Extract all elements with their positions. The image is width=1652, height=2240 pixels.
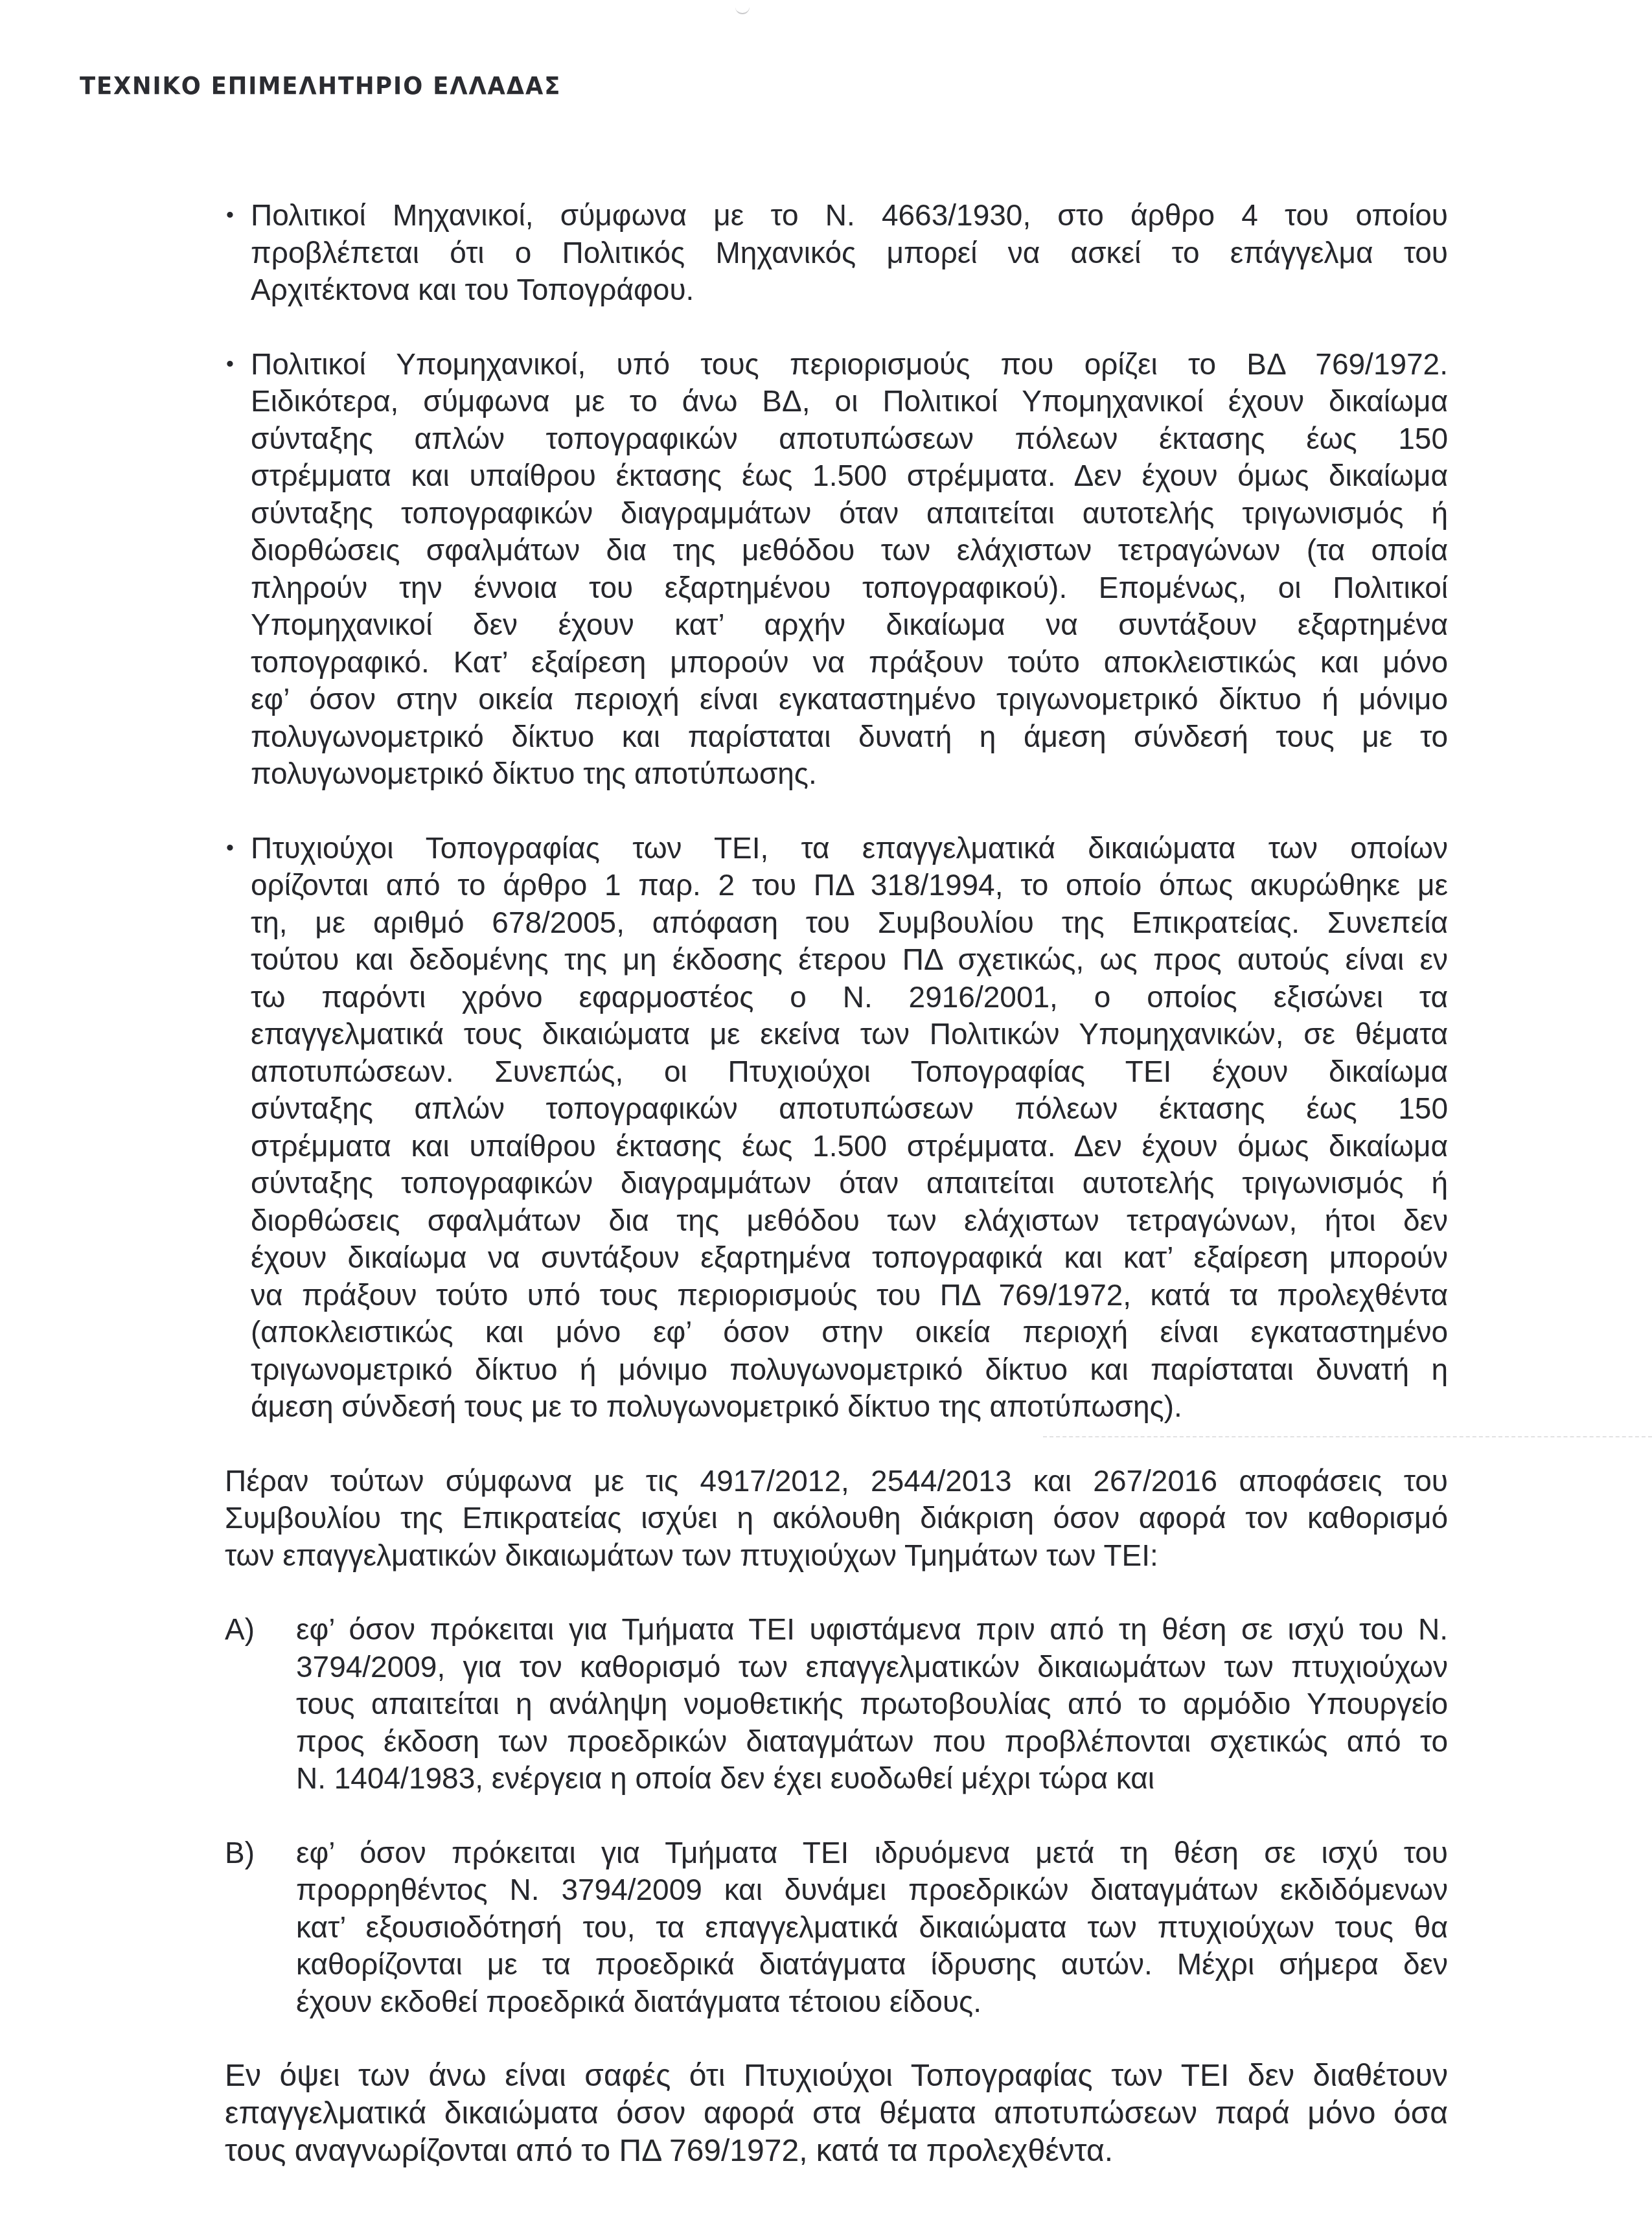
paragraph-text: Εν όψει των άνω είναι σαφές ότι Πτυχιούχ… — [225, 2057, 1448, 2170]
bullet-icon: • — [226, 830, 234, 867]
item-letter: Β) — [225, 1834, 255, 1872]
text-line: επαγγελματικά δικαιώματα όσον αφορά στα … — [225, 2095, 1448, 2132]
text-line: σύνταξης τοπογραφικών διαγραμμάτων όταν … — [251, 1165, 1448, 1202]
text-line: τους αναγνωρίζονται από το ΠΔ 769/1972, … — [225, 2132, 1448, 2170]
text-line: στρέμματα και υπαίθρου έκτασης έως 1.500… — [251, 1128, 1448, 1165]
text-line: ορίζονται από το άρθρο 1 παρ. 2 του ΠΔ 3… — [251, 867, 1448, 904]
text-line: έχουν εκδοθεί προεδρικά διατάγματα τέτοι… — [296, 1983, 1448, 2021]
bullet-icon: • — [226, 197, 234, 234]
text-line: πολυγωνομετρικό δίκτυο της αποτύπωσης. — [251, 755, 1448, 793]
intro-paragraph: Πέραν τούτων σύμφωνα με τις 4917/2012, 2… — [225, 1463, 1448, 1575]
text-line: άμεση σύνδεσή τους με το πολυγωνομετρικό… — [251, 1388, 1448, 1426]
text-line: Υπομηχανικοί δεν έχουν κατ’ αρχήν δικαίω… — [251, 606, 1448, 644]
text-line: προβλέπεται ότι ο Πολιτικός Μηχανικός μπ… — [251, 234, 1448, 272]
text-line: 3794/2009, για τον καθορισμό των επαγγελ… — [296, 1649, 1448, 1686]
bullet-text: Πτυχιούχοι Τοπογραφίας των ΤΕΙ, τα επαγγ… — [251, 830, 1448, 1426]
text-line: Συμβουλίου της Επικρατείας ισχύει η ακόλ… — [225, 1500, 1448, 1537]
bullet-text: Πολιτικοί Υπομηχανικοί, υπό τους περιορι… — [251, 346, 1448, 793]
text-line: προς έκδοση των προεδρικών διαταγμάτων π… — [296, 1723, 1448, 1761]
text-line: εφ’ όσον πρόκειται για Τμήματα ΤΕΙ ιδρυό… — [296, 1834, 1448, 1872]
text-line: προρρηθέντος Ν. 3794/2009 και δυνάμει πρ… — [296, 1871, 1448, 1909]
text-line: εφ’ όσον πρόκειται για Τμήματα ΤΕΙ υφιστ… — [296, 1611, 1448, 1649]
text-line: να πράξουν τούτο υπό τους περιορισμούς τ… — [251, 1277, 1448, 1314]
paragraph-text: Πέραν τούτων σύμφωνα με τις 4917/2012, 2… — [225, 1463, 1448, 1575]
text-line: στρέμματα και υπαίθρου έκτασης έως 1.500… — [251, 457, 1448, 495]
item-text: εφ’ όσον πρόκειται για Τμήματα ΤΕΙ υφιστ… — [296, 1611, 1448, 1798]
scan-artifact — [735, 5, 750, 14]
text-line: Αρχιτέκτονα και του Τοπογράφου. — [251, 271, 1448, 309]
text-line: Ειδικότερα, σύμφωνα με το άνω ΒΔ, οι Πολ… — [251, 383, 1448, 420]
bullet-civil-sub-engineers: • Πολιτικοί Υπομηχανικοί, υπό τους περιο… — [225, 346, 1448, 793]
text-line: σύνταξης απλών τοπογραφικών αποτυπώσεων … — [251, 420, 1448, 458]
text-line: εφ’ όσον στην οικεία περιοχή είναι εγκατ… — [251, 681, 1448, 718]
text-line: καθορίζονται με τα προεδρικά διατάγματα … — [296, 1946, 1448, 1983]
text-line: επαγγελματικά τους δικαιώματα με εκείνα … — [251, 1016, 1448, 1053]
item-text: εφ’ όσον πρόκειται για Τμήματα ΤΕΙ ιδρυό… — [296, 1834, 1448, 2021]
text-line: πληρούν την έννοια του εξαρτημένου τοπογ… — [251, 569, 1448, 607]
text-line: τους απαιτείται η ανάληψη νομοθετικής πρ… — [296, 1686, 1448, 1723]
text-line: Πέραν τούτων σύμφωνα με τις 4917/2012, 2… — [225, 1463, 1448, 1500]
text-line: τούτου και δεδομένης της μη έκδοσης έτερ… — [251, 941, 1448, 979]
text-line: τοπογραφικό. Κατ’ εξαίρεση μπορούν να πρ… — [251, 644, 1448, 681]
text-line: Πτυχιούχοι Τοπογραφίας των ΤΕΙ, τα επαγγ… — [251, 830, 1448, 867]
organization-header: ΤΕΧΝΙΚΟ ΕΠΙΜΕΛΗΤΗΡΙΟ ΕΛΛΑΔΑΣ — [80, 71, 561, 100]
text-line: σύνταξης τοπογραφικών διαγραμμάτων όταν … — [251, 495, 1448, 532]
text-line: σύνταξης απλών τοπογραφικών αποτυπώσεων … — [251, 1090, 1448, 1128]
text-line: Ν. 1404/1983, ενέργεια η οποία δεν έχει … — [296, 1760, 1448, 1798]
text-line: διορθώσεις σφαλμάτων δια της μεθόδου των… — [251, 532, 1448, 569]
text-line: τω παρόντι χρόνο εφαρμοστέος ο Ν. 2916/2… — [251, 979, 1448, 1016]
text-line: αποτυπώσεων. Συνεπώς, οι Πτυχιούχοι Τοπο… — [251, 1053, 1448, 1091]
text-line: διορθώσεις σφαλμάτων δια της μεθόδου των… — [251, 1202, 1448, 1240]
closing-paragraph: Εν όψει των άνω είναι σαφές ότι Πτυχιούχ… — [225, 2057, 1448, 2170]
lettered-item-b: Β) εφ’ όσον πρόκειται για Τμήματα ΤΕΙ ιδ… — [225, 1834, 1448, 2021]
text-line: Πολιτικοί Μηχανικοί, σύμφωνα με το Ν. 46… — [251, 197, 1448, 234]
item-letter: Α) — [225, 1611, 255, 1649]
scan-artifact — [1043, 1436, 1652, 1437]
document-page: ΤΕΧΝΙΚΟ ΕΠΙΜΕΛΗΤΗΡΙΟ ΕΛΛΑΔΑΣ • Πολιτικοί… — [0, 0, 1652, 2240]
text-line: (αποκλειστικώς και μόνο εφ’ όσον στην οι… — [251, 1314, 1448, 1351]
text-line: Εν όψει των άνω είναι σαφές ότι Πτυχιούχ… — [225, 2057, 1448, 2095]
text-line: πολυγωνομετρικό δίκτυο και παρίσταται δυ… — [251, 718, 1448, 756]
bullet-icon: • — [226, 346, 234, 383]
text-line: των επαγγελματικών δικαιωμάτων των πτυχι… — [225, 1537, 1448, 1575]
document-body: • Πολιτικοί Μηχανικοί, σύμφωνα με το Ν. … — [225, 197, 1448, 2207]
text-line: έχουν δικαίωμα να συντάξουν εξαρτημένα τ… — [251, 1239, 1448, 1277]
bullet-text: Πολιτικοί Μηχανικοί, σύμφωνα με το Ν. 46… — [251, 197, 1448, 309]
text-line: Πολιτικοί Υπομηχανικοί, υπό τους περιορι… — [251, 346, 1448, 383]
text-line: τη, με αριθμό 678/2005, απόφαση του Συμβ… — [251, 904, 1448, 942]
text-line: κατ’ εξουσιοδότησή του, τα επαγγελματικά… — [296, 1909, 1448, 1947]
bullet-tei-surveying-graduates: • Πτυχιούχοι Τοπογραφίας των ΤΕΙ, τα επα… — [225, 830, 1448, 1426]
bullet-civil-engineers: • Πολιτικοί Μηχανικοί, σύμφωνα με το Ν. … — [225, 197, 1448, 309]
lettered-item-a: Α) εφ’ όσον πρόκειται για Τμήματα ΤΕΙ υφ… — [225, 1611, 1448, 1798]
text-line: τριγωνομετρικό δίκτυο ή μόνιμο πολυγωνομ… — [251, 1351, 1448, 1389]
